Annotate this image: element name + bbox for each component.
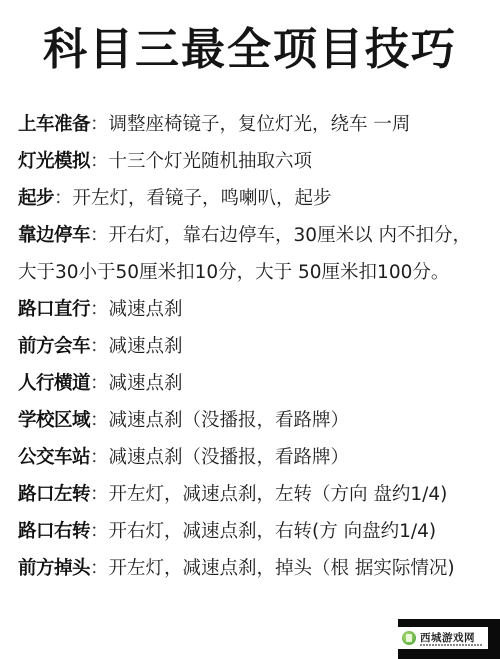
item-separator: ： [90,484,109,505]
item-text: 开左灯，减速点刹，掉头（根 据实际情况) [109,558,455,579]
tips-list: 上车准备：调整座椅镜子，复位灯光，绕车 一周 灯光模拟：十三个灯光随机抽取六项 … [18,106,488,587]
item-text: 减速点刹 [109,299,183,320]
list-item: 前方会车：减速点刹 [18,328,488,365]
item-text: 减速点刹（没播报，看路牌） [109,447,350,468]
item-label: 起步 [18,188,54,209]
item-separator: ： [90,225,109,246]
item-separator: ： [90,558,109,579]
item-text: 减速点刹 [109,373,183,394]
watermark-text: 西城游戏网 [420,632,475,644]
list-item: 路口右转：开右灯，减速点刹，右转(方 向盘约1/4) [18,513,488,550]
item-separator: ： [90,410,109,431]
item-separator: ： [90,299,109,320]
item-label: 路口右转 [18,521,90,542]
list-item: 靠边停车：开右灯，靠右边停车，30厘米以 内不扣分，大于30小于50厘米扣10分… [18,217,488,291]
watermark: 西城游戏网 [398,619,500,659]
item-text: 开右灯，减速点刹，右转(方 向盘约1/4) [109,521,437,542]
item-text: 减速点刹 [109,336,183,357]
list-item: 路口直行：减速点刹 [18,291,488,328]
item-separator: ： [90,151,109,172]
item-label: 灯光模拟 [18,151,90,172]
item-label: 路口直行 [18,299,90,320]
list-item: 前方掉头：开左灯，减速点刹，掉头（根 据实际情况) [18,550,488,587]
item-separator: ： [90,521,109,542]
list-item: 灯光模拟：十三个灯光随机抽取六项 [18,143,488,180]
item-text: 十三个灯光随机抽取六项 [109,151,313,172]
item-label: 前方掉头 [18,558,90,579]
item-label: 路口左转 [18,484,90,505]
item-separator: ： [90,114,109,135]
leaf-logo-icon [402,631,416,645]
list-item: 路口左转：开左灯，减速点刹，左转（方向 盘约1/4) [18,476,488,513]
item-separator: ： [54,188,73,209]
item-text: 调整座椅镜子，复位灯光，绕车 一周 [109,114,411,135]
item-label: 学校区域 [18,410,90,431]
item-label: 靠边停车 [18,225,90,246]
list-item: 人行横道：减速点刹 [18,365,488,402]
list-item: 公交车站：减速点刹（没播报，看路牌） [18,439,488,476]
item-label: 人行横道 [18,373,90,394]
watermark-badge: 西城游戏网 [398,627,488,649]
list-item: 上车准备：调整座椅镜子，复位灯光，绕车 一周 [18,106,488,143]
list-item: 起步：开左灯，看镜子，鸣喇叭，起步 [18,180,488,217]
item-separator: ： [90,373,109,394]
item-text: 减速点刹（没播报，看路牌） [109,410,350,431]
list-item: 学校区域：减速点刹（没播报，看路牌） [18,402,488,439]
item-label: 上车准备 [18,114,90,135]
item-label: 公交车站 [18,447,90,468]
item-label: 前方会车 [18,336,90,357]
item-text: 开左灯，减速点刹，左转（方向 盘约1/4) [109,484,448,505]
item-separator: ： [90,447,109,468]
page-title: 科目三最全项目技巧 [0,22,500,78]
watermark-subline [420,644,482,646]
item-text: 开左灯，看镜子，鸣喇叭，起步 [73,188,332,209]
item-separator: ： [90,336,109,357]
